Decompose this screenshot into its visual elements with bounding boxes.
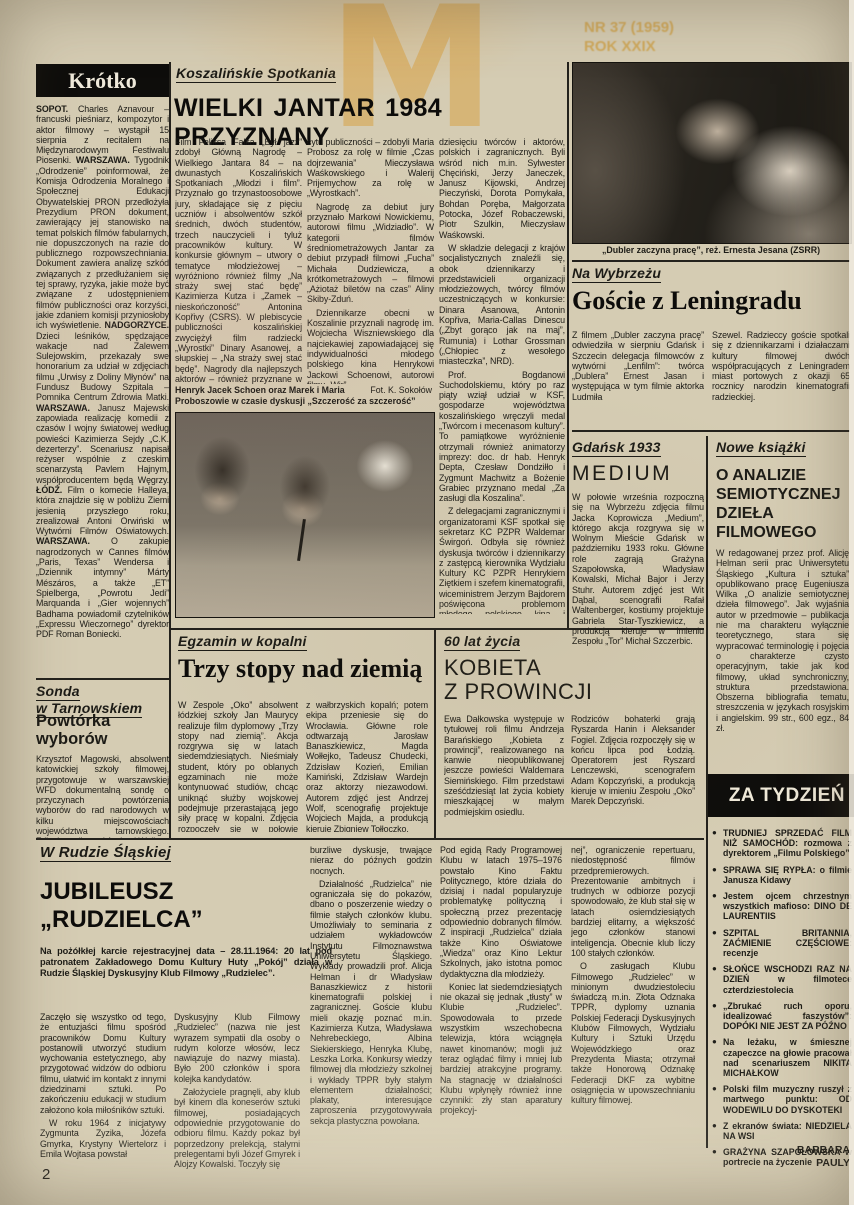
kicker-line: Koszalińskie Spotkania: [176, 66, 336, 83]
paragraph: W składzie delegacji z krajów socjalisty…: [439, 243, 565, 367]
paragraph: Dziennikarze obecni w Koszalinie przyzna…: [307, 308, 434, 384]
paragraph: W połowie września rozpoczną się na Wybr…: [572, 492, 704, 646]
list-item: ●TRUDNIEJ SPRZEDAĆ FILM NIŻ SAMOCHÓD: ro…: [712, 828, 852, 859]
paragraph: Dyskusyjny Klub Filmowy „Rudzielec” (naz…: [174, 1012, 300, 1084]
divider-main-right: [567, 62, 569, 628]
list-item-text: SPRAWA SIĘ RYPŁA: o filmie Janusza Kidaw…: [723, 865, 852, 885]
list-item: ●Polski film muzyczny ruszył z martwego …: [712, 1084, 852, 1115]
list-item: ●GRAŻYNA SZAPOŁOWSKA w portrecie na życz…: [712, 1147, 852, 1167]
kicker-line: Egzamin w kopalni: [178, 634, 307, 651]
divider-left-column: [169, 62, 171, 838]
ksiazki-body: W redagowanej przez prof. Alicję Helman …: [716, 548, 849, 762]
list-item: ●Jestem ojcem chrzestnym wszystkich mafi…: [712, 891, 852, 922]
photo-discussion-panel: [175, 412, 435, 618]
bullet-icon: ●: [712, 865, 723, 885]
rule-above-wybrzeze: [572, 260, 850, 262]
kobieta-column-1: Ewa Dałkowska występuje w tytułowej roli…: [444, 714, 564, 834]
bullet-icon: ●: [712, 1084, 723, 1115]
kicker-line: Nowe książki: [716, 440, 806, 457]
list-item-text: SZPITAL BRITANNIA, ZAĆMIENIE CZĘŚCIOWE: …: [723, 928, 852, 959]
wybrzeze-headline: Goście z Leningradu: [572, 286, 802, 316]
paragraph: Zaczęło się wszystko od tego, że entuzja…: [40, 1012, 166, 1115]
bullet-icon: ●: [712, 1121, 723, 1141]
brief-text: Tygodnik „Odrodzenie” poinformował, że K…: [36, 155, 169, 330]
bullet-icon: ●: [712, 828, 723, 859]
page-number: 2: [42, 1166, 50, 1183]
photo-dubler-film-still: [572, 62, 852, 244]
za-tydzien-banner: ZA TYDZIEŃ: [708, 774, 854, 817]
paragraph: dziesięciu twórców i aktorów, polskich i…: [439, 137, 565, 240]
list-item: ●SŁOŃCE WSCHODZI RAZ NA DZIEŃ w filmotec…: [712, 964, 852, 995]
kicker-line: Na Wybrzeżu: [572, 266, 661, 283]
egzamin-column-2: z wałbrzyskich kopalń; potem ekipa przen…: [306, 700, 428, 832]
paragraph: Film Feliksa Falka „Był jazz” zdobył Głó…: [175, 137, 302, 384]
paragraph: Ewa Dałkowska występuje w tytułowej roli…: [444, 714, 564, 817]
divider-egzamin-kobieta: [434, 628, 436, 838]
caption-text: „Dubler zaczyna pracę”, reż. Ernesta Jes…: [602, 245, 820, 255]
paragraph: nej”, ograniczenie repertuaru, niedostęp…: [571, 845, 695, 958]
jubileusz-column-2: Dyskusyjny Klub Filmowy „Rudzielec” (naz…: [174, 1012, 300, 1198]
photo-caption-dubler: „Dubler zaczyna pracę”, reż. Ernesta Jes…: [572, 245, 850, 256]
kicker-egzamin-w-kopalni: Egzamin w kopalni: [178, 634, 307, 651]
kicker-na-wybrzezu: Na Wybrzeżu: [572, 266, 661, 283]
krotko-section-header: Krótko: [36, 64, 169, 97]
jubileusz-headline: JUBILEUSZ „RUDZIELCA”: [40, 878, 340, 934]
list-item-text: Jestem ojcem chrzestnym wszystkich mafio…: [723, 891, 852, 922]
list-item-text: SŁOŃCE WSCHODZI RAZ NA DZIEŃ w filmotece…: [723, 964, 852, 995]
jubileusz-column-4: Pod egidą Rady Programowej Klubu w latac…: [440, 845, 562, 1199]
photo-caption-discussion: Fot. K. Sokołów Henryk Jacek Schoen oraz…: [175, 385, 432, 406]
rule-above-sonda: [36, 678, 169, 680]
paragraph: burzliwe dyskusje, trwające nieraz do pó…: [310, 845, 432, 876]
dateline: WARSZAWA.: [36, 536, 90, 546]
list-item: ●Z ekranów świata: NIEDZIELA NA WSI: [712, 1121, 852, 1141]
jubileusz-column-5: nej”, ograniczenie repertuaru, niedostęp…: [571, 845, 695, 1199]
paragraph: Krzysztof Magowski, absolwent katowickie…: [36, 754, 169, 838]
paragraph: W redagowanej przez prof. Alicję Helman …: [716, 548, 849, 733]
jantar-column-3: dziesięciu twórców i aktorów, polskich i…: [439, 137, 565, 614]
list-item: ●„Zbrukać ruch oporu, idealizować faszys…: [712, 1001, 852, 1032]
list-item-text: GRAŻYNA SZAPOŁOWSKA w portrecie na życze…: [723, 1147, 852, 1167]
sonda-body: Krzysztof Magowski, absolwent katowickie…: [36, 754, 169, 838]
list-item-text: Na leżaku, w śmiesznej czapeczce na głow…: [723, 1037, 852, 1078]
brief-text: Janusz Majewski zapowiada realizację kom…: [36, 403, 169, 485]
wybrzeze-column-2: Szewel. Radzieccy goście spotkali się z …: [712, 330, 850, 427]
kicker-gdansk-1933: Gdańsk 1933: [572, 440, 661, 457]
paragraph: Z delegacjami zagranicznymi i organizato…: [439, 506, 565, 614]
kicker-line: 60 lat życia: [444, 634, 520, 651]
list-item: ●Na leżaku, w śmiesznej czapeczce na gło…: [712, 1037, 852, 1078]
kicker-line: W Rudzie Śląskiej: [40, 845, 171, 862]
kobieta-headline: KOBIETA Z PROWINCJI: [444, 656, 593, 704]
dateline: WARSZAWA.: [36, 403, 90, 413]
kicker-w-rudzie-slaskiej: W Rudzie Śląskiej: [40, 845, 171, 862]
jantar-column-1: Film Feliksa Falka „Był jazz” zdobył Głó…: [175, 137, 302, 384]
za-tydzien-list: ●TRUDNIEJ SPRZEDAĆ FILM NIŻ SAMOCHÓD: ro…: [712, 828, 852, 1174]
list-item-text: TRUDNIEJ SPRZEDAĆ FILM NIŻ SAMOCHÓD: roz…: [723, 828, 852, 859]
kobieta-column-2: Rodziców bohaterki grają Ryszarda Hanin …: [571, 714, 695, 834]
paragraph: Założyciele pragnęli, aby klub był kinem…: [174, 1087, 300, 1169]
egzamin-headline: Trzy stopy nad ziemią: [178, 654, 422, 684]
brief-text: O zakupie nagrodzonych w Cannes filmów „…: [36, 536, 169, 639]
paragraph: Rodziców bohaterki grają Ryszarda Hanin …: [571, 714, 695, 807]
paragraph: cytu publiczności – zdobyli Maria Probos…: [307, 137, 434, 199]
dateline: WARSZAWA.: [76, 155, 130, 165]
jantar-column-2: cytu publiczności – zdobyli Maria Probos…: [307, 137, 434, 384]
krotko-news-briefs: SOPOT. Charles Aznavour – francuski pieś…: [36, 104, 169, 676]
list-item-text: Z ekranów świata: NIEDZIELA NA WSI: [723, 1121, 852, 1141]
paragraph: Na pożółkłej karcie rejestracyjnej data …: [40, 946, 332, 979]
kicker-koszalinskie-spotkania: Koszalińskie Spotkania: [176, 66, 336, 83]
jubileusz-lead: Na pożółkłej karcie rejestracyjnej data …: [40, 946, 332, 979]
brief-text: Dzieci leśników, spędzające wakacje nad …: [36, 331, 169, 403]
paragraph: Prof. Bogdanowi Suchodolskiemu, który po…: [439, 370, 565, 504]
rule-above-jubileusz: [36, 838, 704, 840]
paragraph: Szewel. Radzieccy goście spotkali się z …: [712, 330, 850, 402]
microphone-shape: [297, 519, 306, 561]
paragraph: Pod egidą Rady Programowej Klubu w latac…: [440, 845, 562, 979]
paragraph: W roku 1964 z inicjatywy Zygmunta Zyzika…: [40, 1118, 166, 1159]
photo-credit: Fot. K. Sokołów: [370, 385, 432, 396]
bullet-icon: ●: [712, 964, 723, 995]
paragraph: Nagrodę za debiut jury przyznało Markowi…: [307, 202, 434, 305]
ksiazki-headline: O ANALIZIE SEMIOTYCZNEJ DZIEŁA FILMOWEGO: [716, 466, 840, 542]
paragraph: Koniec lat siedemdziesiątych nie okazał …: [440, 982, 562, 1116]
paragraph: W Zespole „Oko” absolwent łódzkiej szkoł…: [178, 700, 298, 832]
kicker-nowe-ksiazki: Nowe książki: [716, 440, 806, 457]
list-item: ●SPRAWA SIĘ RYPŁA: o filmie Janusza Kida…: [712, 865, 852, 885]
kicker-60-lat-zycia: 60 lat życia: [444, 634, 520, 651]
jubileusz-column-1: Zaczęło się wszystko od tego, że entuzja…: [40, 1012, 166, 1198]
list-item: ●SZPITAL BRITANNIA, ZAĆMIENIE CZĘŚCIOWE:…: [712, 928, 852, 959]
dateline: SOPOT.: [36, 104, 68, 114]
list-item-text: „Zbrukać ruch oporu, idealizować faszyst…: [723, 1001, 852, 1032]
bullet-icon: ●: [712, 928, 723, 959]
paragraph: z wałbrzyskich kopalń; potem ekipa przen…: [306, 700, 428, 832]
medium-headline: MEDIUM: [572, 462, 672, 486]
egzamin-column-1: W Zespole „Oko” absolwent łódzkiej szkoł…: [178, 700, 298, 832]
bullet-icon: ●: [712, 1001, 723, 1032]
paragraph: Z filmem „Dubler zaczyna pracę” odwiedzi…: [572, 330, 704, 402]
newspaper-page: M NR 37 (1959) ROK XXIX Krótko SOPOT. Ch…: [0, 0, 854, 1205]
jubileusz-column-3: burzliwe dyskusje, trwające nieraz do pó…: [310, 845, 432, 1199]
paragraph: O zasługach Klubu Filmowego „Rudzielec” …: [571, 961, 695, 1105]
bullet-icon: ●: [712, 1147, 723, 1167]
rule-below-wybrzeze: [572, 430, 850, 432]
kicker-line: Gdańsk 1933: [572, 440, 661, 457]
wybrzeze-column-1: Z filmem „Dubler zaczyna pracę” odwiedzi…: [572, 330, 704, 427]
bullet-icon: ●: [712, 1037, 723, 1078]
sonda-headline: Powtórka wyborów: [36, 712, 110, 748]
scan-edge: [849, 0, 854, 1205]
bullet-icon: ●: [712, 891, 723, 922]
dateline: NADGORZYCE.: [105, 320, 169, 330]
issue-ghost-text: NR 37 (1959) ROK XXIX: [584, 18, 784, 56]
dateline: ŁÓDŹ.: [36, 485, 62, 495]
kicker-line: Sonda: [36, 684, 80, 701]
list-item-text: Polski film muzyczny ruszył z martwego p…: [723, 1084, 852, 1115]
paragraph: Działalność „Rudzielca” nie ograniczała …: [310, 879, 432, 1126]
